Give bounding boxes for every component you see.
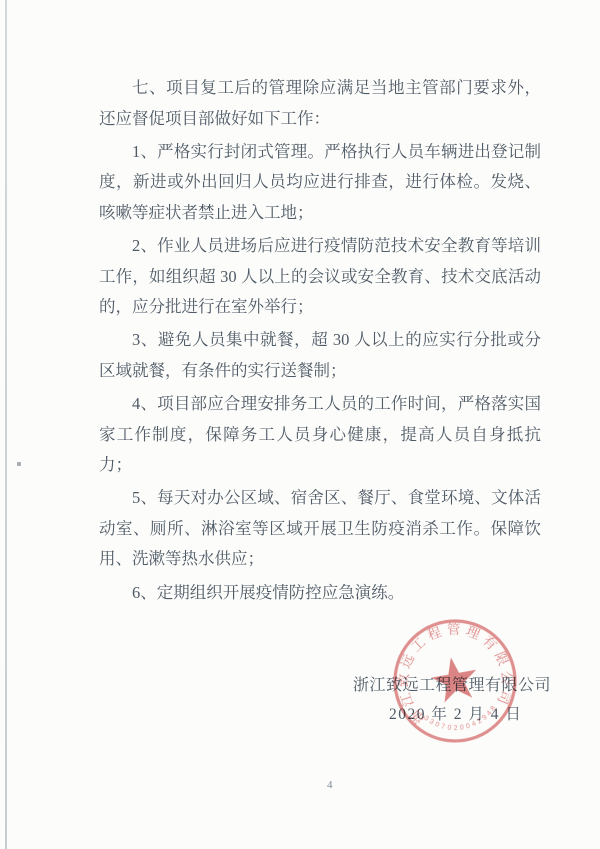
paragraph-item-1: 1、严格实行封闭式管理。严格执行人员车辆进出登记制度，新进或外出回归人员均应进行… xyxy=(99,137,541,229)
page-number: 4 xyxy=(327,779,333,791)
paragraph-item-4: 4、项目部应合理安排务工人员的工作时间，严格落实国家工作制度，保障务工人员身心健… xyxy=(99,389,541,481)
company-seal-stamp: 浙江致远工程管理有限公司 3307020042948 xyxy=(374,600,536,762)
seal-registration-code: 3307020042948 xyxy=(422,702,502,738)
paragraph-section-7-intro: 七、项目复工后的管理除应满足当地主管部门要求外，还应督促项目部做好如下工作： xyxy=(99,73,541,134)
scanned-document-page: 七、项目复工后的管理除应满足当地主管部门要求外，还应督促项目部做好如下工作： 1… xyxy=(0,0,600,849)
paragraph-item-5: 5、每天对办公区域、宿舍区、餐厅、食堂环境、文体活动室、厕所、淋浴室等区域开展卫… xyxy=(99,483,541,575)
paragraph-item-2: 2、作业人员进场后应进行疫情防范技术安全教育等培训工作，如组织超 30 人以上的… xyxy=(99,231,541,323)
paragraph-item-6: 6、定期组织开展疫情防控应急演练。 xyxy=(99,578,541,609)
seal-star-icon xyxy=(428,653,480,704)
document-body: 七、项目复工后的管理除应满足当地主管部门要求外，还应督促项目部做好如下工作： 1… xyxy=(99,73,541,611)
seal-code-text-group: 3307020042948 xyxy=(422,702,502,738)
paragraph-item-3: 3、避免人员集中就餐，超 30 人以上的应实行分批或分区域就餐，有条件的实行送餐… xyxy=(99,325,541,386)
scan-edge-artifact xyxy=(5,0,7,849)
scan-speck xyxy=(17,462,21,466)
